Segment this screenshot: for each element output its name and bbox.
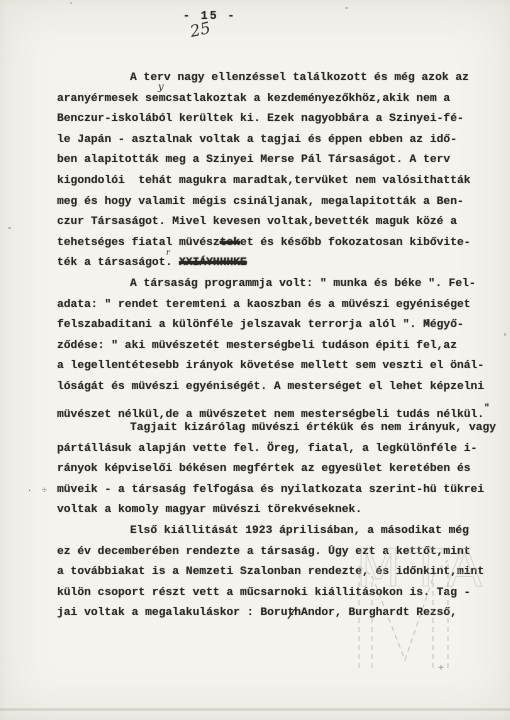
document-text: A terv nagy ellenzéssel találkozott és m… xyxy=(57,68,469,624)
scan-bottom-edge xyxy=(0,708,510,711)
text-line: le Japán - asztalnak voltak a tagjai és … xyxy=(57,130,469,151)
handwritten-page-correction: 25 xyxy=(188,18,212,41)
scanned-page: - 15 - 25 A terv nagy ellenzéssel találk… xyxy=(0,0,510,720)
text-line: voltak a komoly magyar müvészi törekvése… xyxy=(57,500,469,521)
text-line: kigondolói tehát magukra maradtak,tervük… xyxy=(57,171,469,192)
under-word-correction-mark: r xyxy=(166,248,170,257)
text-line: ez év decemberében rendezte a társaság. … xyxy=(57,542,469,563)
text-line: müvészet nélkül,de a müvészetet nem mest… xyxy=(57,398,469,419)
text-line: külön csoport részt vett a műcsarnoki ki… xyxy=(57,583,469,604)
insertion-caret-mark: y xyxy=(158,82,164,93)
text-line: A társaság programmja volt: " munka és b… xyxy=(57,274,469,295)
text-line: adata: " rendet teremteni a kaoszban és … xyxy=(57,295,469,316)
text-line: tehetséges fiatal müvészteket és később … xyxy=(57,233,469,254)
text-line: ződése: " aki müvészetét mesterségbeli t… xyxy=(57,336,469,357)
accent-correction-mark: ´ xyxy=(328,545,335,557)
paper-speck xyxy=(70,2,72,4)
text-line: müveik - a társaság felfogása és nyilatk… xyxy=(57,480,469,501)
paper-speck xyxy=(8,227,11,229)
text-line: pártállásuk alapján vette fel. Öreg, fia… xyxy=(57,439,469,460)
paper-speck xyxy=(504,333,506,336)
text-line: czur Társaságot. Mivel kevesen voltak,be… xyxy=(57,212,469,233)
text-line: a továbbiakat is a Nemzeti Szalonban ren… xyxy=(57,562,469,583)
text-line: Benczur-iskolából kerültek ki. Ezek nagy… xyxy=(57,109,469,130)
text-line: ték a társaságot. XXIÁYHHHKE xyxy=(57,253,469,274)
text-line: a legellentétesebb irányok követése mell… xyxy=(57,356,469,377)
text-line: aranyérmesek semcsatlakoztak a kezdemény… xyxy=(57,89,469,110)
text-line: A terv nagy ellenzéssel találkozott és m… xyxy=(57,68,469,89)
text-line: Első kiállitását 1923 áprilisában, a más… xyxy=(57,521,469,542)
letter-g-insertion-mark: g xyxy=(424,317,430,327)
paper-speck xyxy=(345,7,348,9)
text-line: rányok képviselői békésen megfértek az e… xyxy=(57,459,469,480)
text-line: lóságát és müvészi egyéniségét. A mester… xyxy=(57,377,469,398)
text-line: meg és hogy valamit mégis csináljanak, m… xyxy=(57,192,469,213)
text-line: felszabaditani a különféle jelszavak ter… xyxy=(57,315,469,336)
text-line: ben alapitották meg a Szinyei Merse Pál … xyxy=(57,150,469,171)
text-line: jai voltak a megalakuláskor : BoruthAndo… xyxy=(57,603,469,624)
margin-pencil-note: · ÷ · xyxy=(27,486,64,496)
text-line: Tagjait kizárólag müvészi értékük és nem… xyxy=(57,418,469,439)
plus-pencil-mark: + xyxy=(438,664,444,675)
